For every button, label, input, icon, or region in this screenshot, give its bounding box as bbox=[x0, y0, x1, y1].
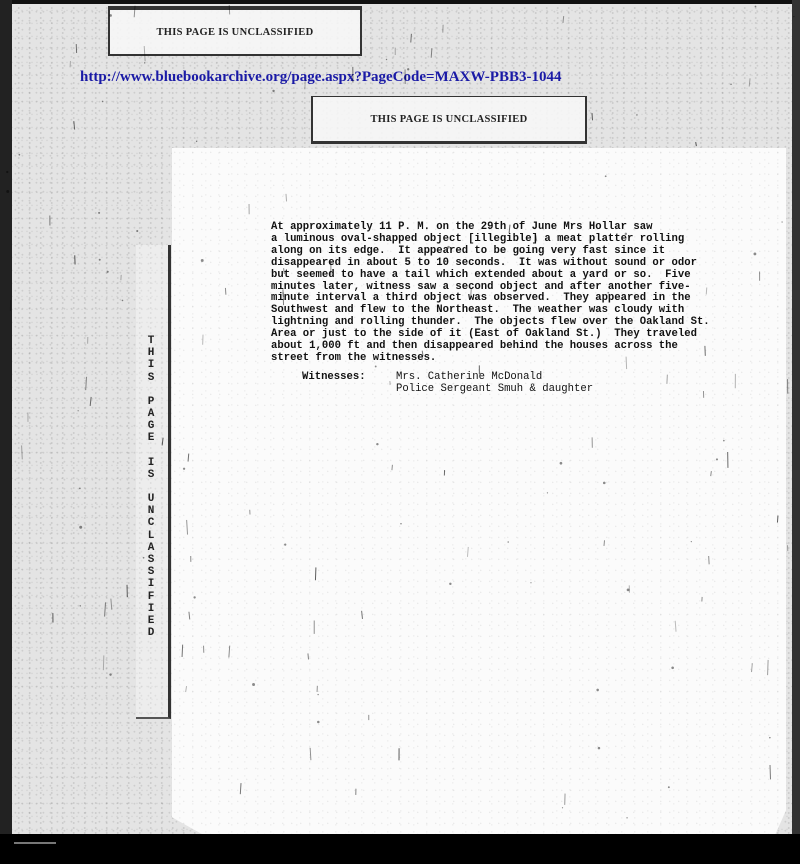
unclassified-stamp-top: THIS PAGE IS UNCLASSIFIED bbox=[108, 6, 362, 56]
unclassified-stamp-vertical: THISPAGEISUNCLASSIFIED bbox=[141, 335, 161, 639]
side-stamp-letter: A bbox=[141, 542, 161, 554]
report-line: along on its edge. It appeared to be goi… bbox=[271, 246, 671, 258]
scan-edge-left bbox=[0, 0, 12, 834]
side-stamp-letter: H bbox=[141, 347, 161, 359]
side-stamp-letter: U bbox=[141, 493, 161, 505]
side-stamp-letter: I bbox=[141, 603, 161, 615]
report-line: street from the witnesses. bbox=[271, 353, 671, 365]
report-body: At approximately 11 P. M. on the 29th of… bbox=[271, 222, 671, 365]
scan-edge-right bbox=[792, 0, 800, 834]
side-stamp-letter: C bbox=[141, 517, 161, 529]
side-stamp-letter: I bbox=[141, 359, 161, 371]
archive-page-link[interactable]: http://www.bluebookarchive.org/page.aspx… bbox=[80, 69, 561, 86]
witness-name: Police Sergeant Smuh & daughter bbox=[396, 383, 593, 395]
witness-name: Mrs. Catherine McDonald bbox=[396, 371, 593, 383]
side-stamp-gap bbox=[141, 384, 161, 396]
side-stamp-letter: T bbox=[141, 335, 161, 347]
side-stamp-letter: A bbox=[141, 408, 161, 420]
side-stamp-gap bbox=[141, 445, 161, 457]
side-stamp-letter: S bbox=[141, 566, 161, 578]
side-stamp-letter: S bbox=[141, 554, 161, 566]
side-stamp-letter: F bbox=[141, 591, 161, 603]
side-stamp-letter: I bbox=[141, 457, 161, 469]
scan-edge-top bbox=[0, 0, 800, 4]
side-stamp-letter: P bbox=[141, 396, 161, 408]
side-stamp-letter: L bbox=[141, 530, 161, 542]
unclassified-stamp-middle: THIS PAGE IS UNCLASSIFIED bbox=[311, 96, 587, 144]
unclassified-stamp-top-text: THIS PAGE IS UNCLASSIFIED bbox=[157, 27, 314, 38]
witness-block: Witnesses: Mrs. Catherine McDonaldPolice… bbox=[302, 371, 593, 395]
witness-names: Mrs. Catherine McDonaldPolice Sergeant S… bbox=[396, 371, 593, 395]
report-line: disappeared in about 5 to 10 seconds. It… bbox=[271, 258, 671, 270]
side-stamp-letter: I bbox=[141, 578, 161, 590]
scan-bottom-edge bbox=[0, 834, 800, 864]
side-stamp-gap bbox=[141, 481, 161, 493]
side-stamp-letter: S bbox=[141, 469, 161, 481]
witnesses-label: Witnesses: bbox=[302, 371, 396, 395]
side-stamp-letter: S bbox=[141, 372, 161, 384]
unclassified-stamp-middle-text: THIS PAGE IS UNCLASSIFIED bbox=[371, 114, 528, 125]
side-stamp-letter: E bbox=[141, 615, 161, 627]
side-stamp-letter: N bbox=[141, 505, 161, 517]
side-stamp-letter: G bbox=[141, 420, 161, 432]
side-stamp-letter: E bbox=[141, 432, 161, 444]
report-line: but seemed to have a tail which extended… bbox=[271, 270, 671, 282]
scan-artifact-line bbox=[14, 842, 56, 844]
side-stamp-letter: D bbox=[141, 627, 161, 639]
